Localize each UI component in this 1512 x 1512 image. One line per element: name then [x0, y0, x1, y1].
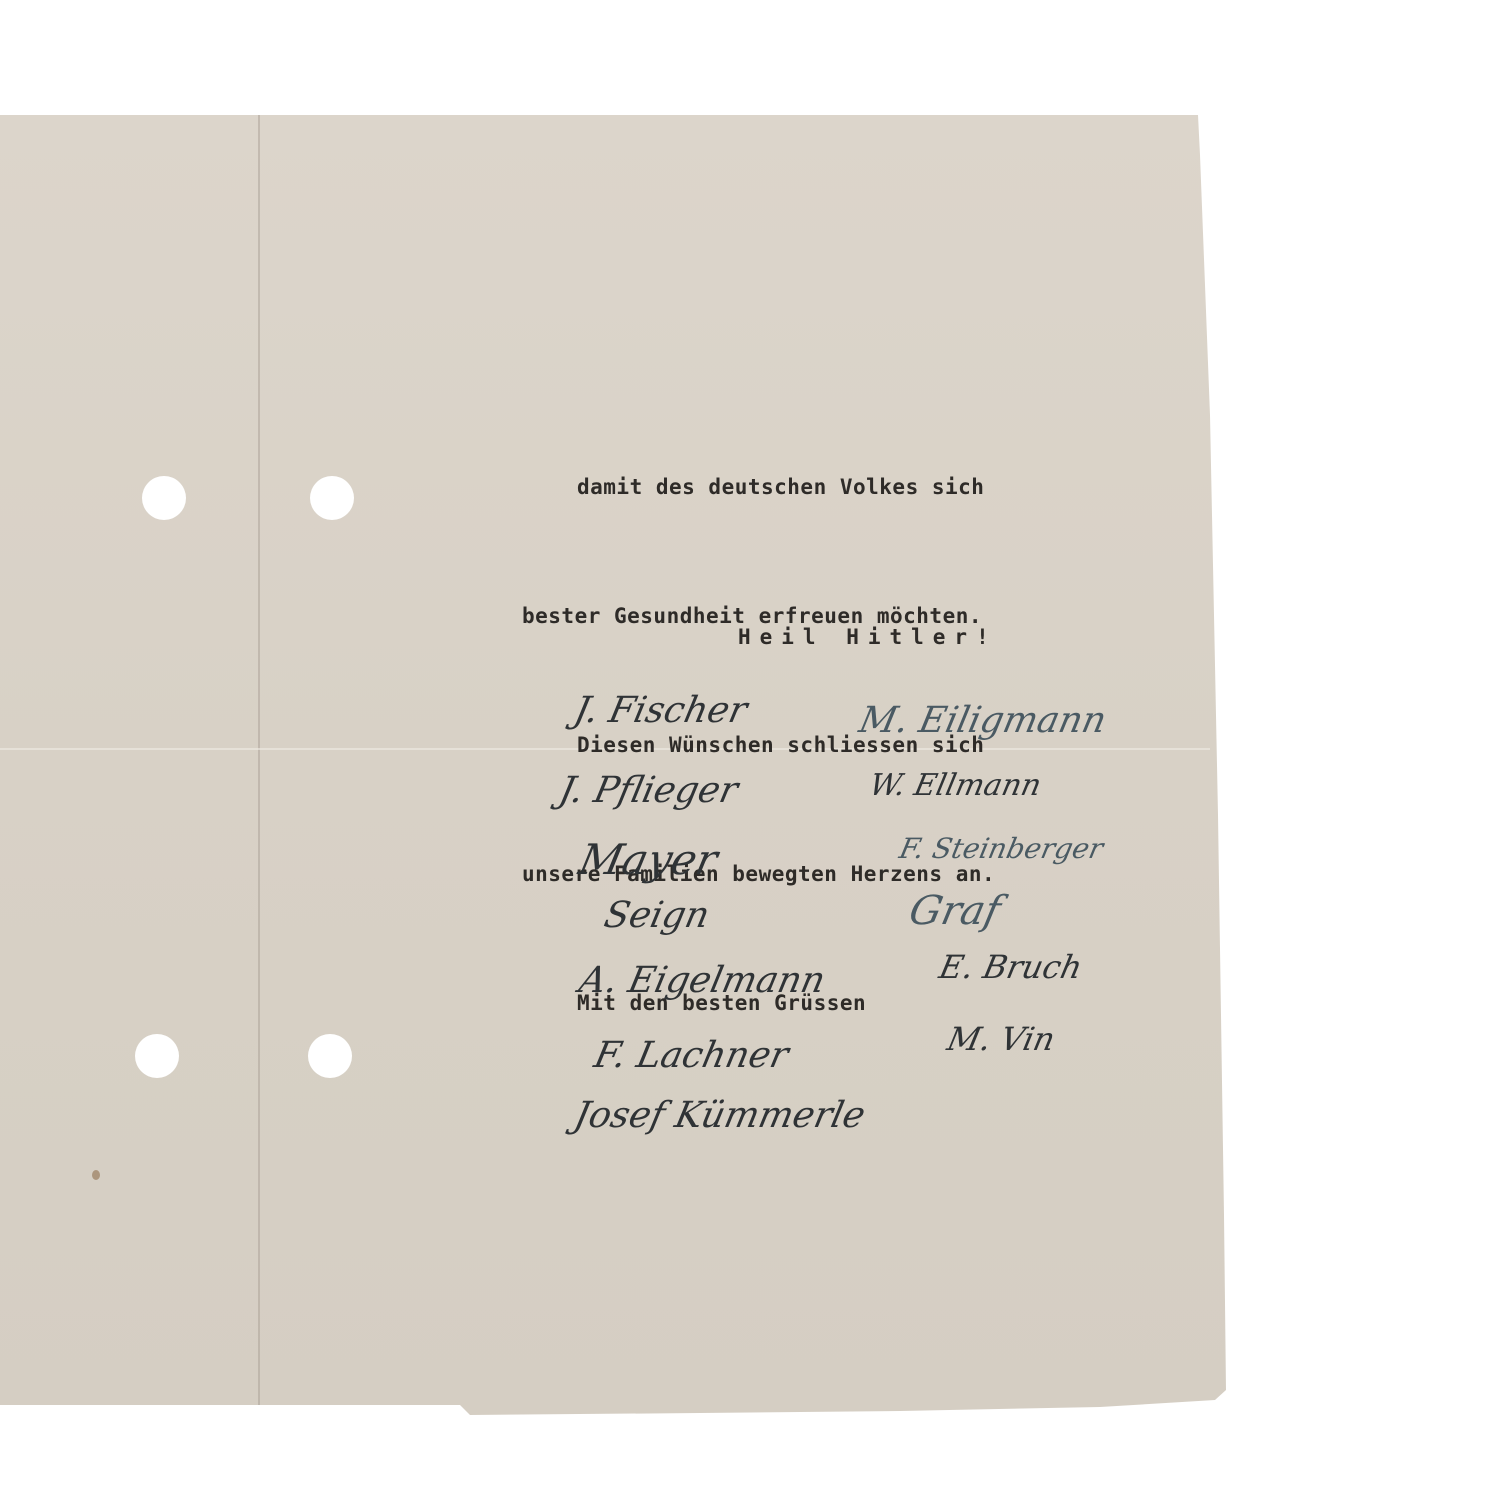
signature: E. Bruch	[936, 948, 1086, 986]
body-line: damit des deutschen Volkes sich	[522, 466, 995, 509]
signature: W. Ellmann	[866, 768, 1044, 803]
signature: F. Steinberger	[896, 832, 1106, 865]
paper-stain	[92, 1170, 100, 1180]
signature: M. Vin	[944, 1020, 1059, 1058]
signature: J. Fischer	[571, 690, 751, 731]
punch-hole	[310, 476, 354, 520]
punch-hole	[308, 1034, 352, 1078]
signature: Josef Kümmerle	[571, 1095, 869, 1136]
closing-salutation: Heil Hitler!	[738, 625, 998, 649]
signature: F. Lachner	[591, 1035, 792, 1076]
punch-hole	[135, 1034, 179, 1078]
signature: Mayer	[575, 835, 722, 884]
signature: A. Eigelmann	[576, 960, 829, 1001]
signature: M. Eiligmann	[856, 700, 1110, 741]
signature: J. Pflieger	[556, 770, 742, 811]
signature: Seign	[601, 895, 713, 936]
vertical-fold	[258, 115, 260, 1405]
punch-hole	[142, 476, 186, 520]
signature: Graf	[905, 888, 1005, 934]
